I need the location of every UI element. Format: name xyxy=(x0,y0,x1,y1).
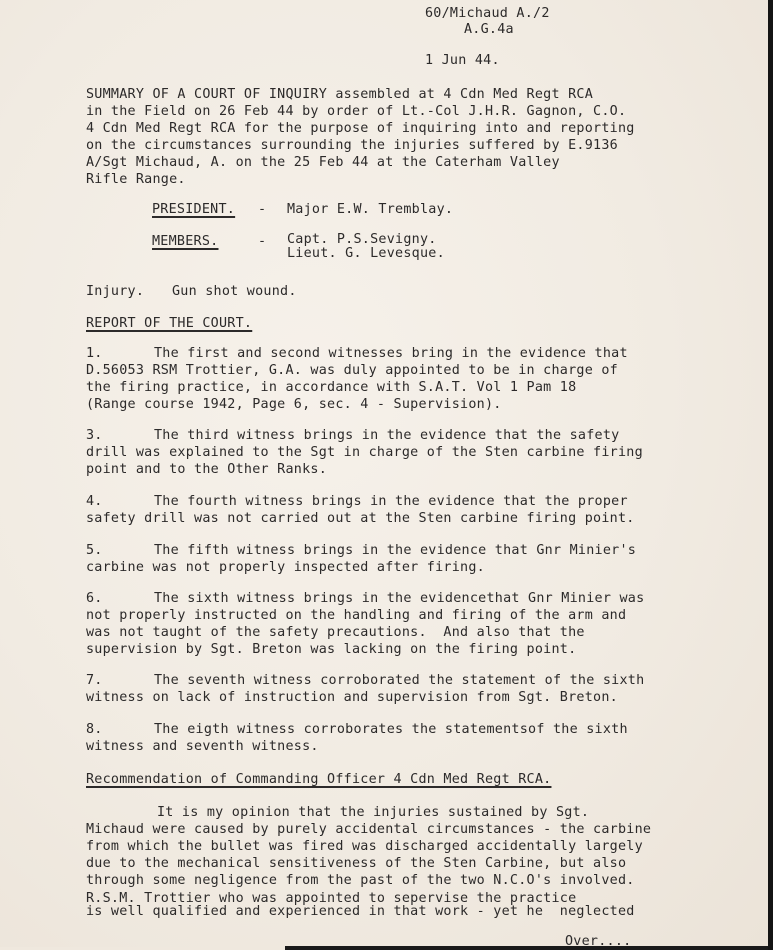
report-heading: REPORT OF THE COURT. xyxy=(86,315,252,332)
paragraph-line: the firing practice, in accordance with … xyxy=(86,379,576,396)
paragraph-number: 4. xyxy=(86,493,103,510)
paragraph-number: 6. xyxy=(86,590,103,607)
summary-line: SUMMARY OF A COURT OF INQUIRY assembled … xyxy=(86,86,593,103)
scan-edge-right xyxy=(768,0,773,950)
document-date: 1 Jun 44. xyxy=(425,52,500,69)
paragraph-number: 8. xyxy=(86,721,103,738)
paragraph-line: The eigth witness corroborates the state… xyxy=(154,721,628,738)
injury-label: Injury. xyxy=(86,283,144,300)
paragraph-line: supervision by Sgt. Breton was lacking o… xyxy=(86,641,576,658)
paragraph-line: point and to the Other Ranks. xyxy=(86,461,327,478)
sub-reference: A.G.4a xyxy=(464,21,514,38)
president-label: PRESIDENT. xyxy=(152,201,235,218)
paragraph-line: not properly instructed on the handling … xyxy=(86,607,626,624)
recommendation-line: is well qualified and experienced in tha… xyxy=(86,903,635,920)
paragraph-line: was not taught of the safety precautions… xyxy=(86,624,585,641)
paragraph-line: The fifth witness brings in the evidence… xyxy=(154,542,636,559)
paragraph-line: D.56053 RSM Trottier, G.A. was duly appo… xyxy=(86,362,618,379)
recommendation-line: It is my opinion that the injuries susta… xyxy=(157,804,589,821)
summary-line: in the Field on 26 Feb 44 by order of Lt… xyxy=(86,103,626,120)
paragraph-number: 5. xyxy=(86,542,103,559)
paragraph-line: witness on lack of instruction and super… xyxy=(86,689,618,706)
member-name: Lieut. G. Levesque. xyxy=(287,245,445,262)
members-label: MEMBERS. xyxy=(152,233,219,250)
file-reference: 60/Michaud A./2 xyxy=(425,5,550,22)
scan-edge-bottom xyxy=(285,946,768,950)
paragraph-line: (Range course 1942, Page 6, sec. 4 - Sup… xyxy=(86,396,502,413)
paragraph-line: The fourth witness brings in the evidenc… xyxy=(154,493,628,510)
summary-line: on the circumstances surrounding the inj… xyxy=(86,137,618,154)
recommendation-line: through some negligence from the past of… xyxy=(86,872,635,889)
president-dash: - xyxy=(258,201,266,218)
recommendation-line: from which the bullet was fired was disc… xyxy=(86,838,643,855)
summary-line: Rifle Range. xyxy=(86,171,186,188)
paragraph-line: witness and seventh witness. xyxy=(86,738,319,755)
recommendation-line: Michaud were caused by purely accidental… xyxy=(86,821,651,838)
paragraph-line: The first and second witnesses bring in … xyxy=(154,345,628,362)
paragraph-number: 3. xyxy=(86,427,103,444)
president-name: Major E.W. Tremblay. xyxy=(287,201,453,218)
injury-value: Gun shot wound. xyxy=(172,283,297,300)
members-dash: - xyxy=(258,233,266,250)
paragraph-line: The seventh witness corroborated the sta… xyxy=(154,672,644,689)
paragraph-line: drill was explained to the Sgt in charge… xyxy=(86,444,643,461)
paragraph-number: 1. xyxy=(86,345,103,362)
paragraph-line: The third witness brings in the evidence… xyxy=(154,427,619,444)
paragraph-number: 7. xyxy=(86,672,103,689)
recommendation-line: due to the mechanical sensitiveness of t… xyxy=(86,855,626,872)
paragraph-line: safety drill was not carried out at the … xyxy=(86,510,635,527)
summary-line: A/Sgt Michaud, A. on the 25 Feb 44 at th… xyxy=(86,154,560,171)
summary-line: 4 Cdn Med Regt RCA for the purpose of in… xyxy=(86,120,635,137)
paragraph-line: The sixth witness brings in the evidence… xyxy=(154,590,644,607)
document-page: 60/Michaud A./2 A.G.4a 1 Jun 44. SUMMARY… xyxy=(0,0,768,947)
paragraph-line: carbine was not properly inspected after… xyxy=(86,559,485,576)
recommendation-heading: Recommendation of Commanding Officer 4 C… xyxy=(86,771,551,788)
